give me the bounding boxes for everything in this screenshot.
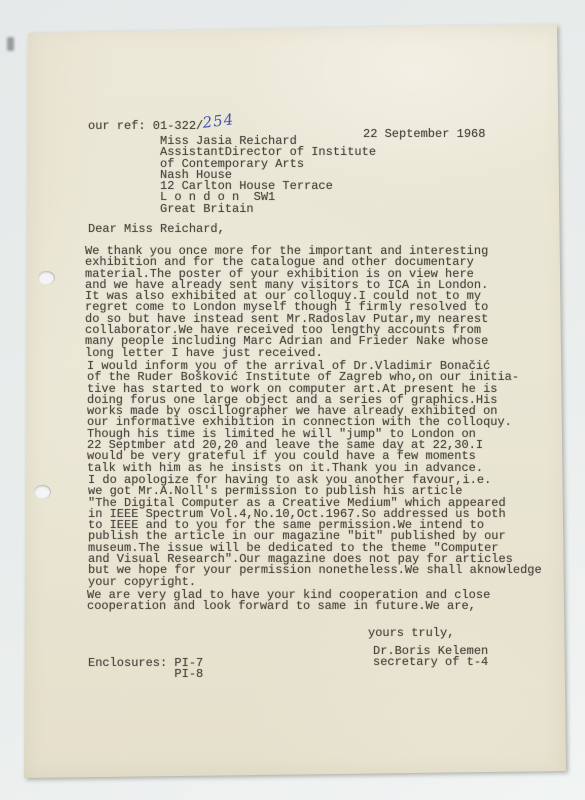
body-paragraph-4: We are very glad to have your kind coope… bbox=[87, 590, 490, 613]
recipient-address-block: Miss Jasia Reichard AssistantDirector of… bbox=[160, 136, 376, 215]
reference-label: our ref: 01-322/ bbox=[88, 119, 203, 133]
body-paragraph-2: I would inform you of the arrival of Dr.… bbox=[87, 361, 519, 474]
enclosures-note: Enclosures: PI-7 PI-8 bbox=[88, 658, 203, 681]
signature-title: secretary of t-4 bbox=[373, 655, 488, 669]
punch-hole-top bbox=[38, 271, 55, 285]
salutation: Dear Miss Reichard, bbox=[88, 224, 225, 235]
letter-paper-shadow: our ref: 01-322/254 22 September 1968 Mi… bbox=[24, 24, 566, 778]
letter-date: 22 September 1968 bbox=[363, 129, 485, 140]
body-paragraph-3: I do apologize for having to ask you ano… bbox=[88, 475, 542, 588]
letter-paper: our ref: 01-322/254 22 September 1968 Mi… bbox=[24, 24, 566, 778]
reference-line: our ref: 01-322/254 bbox=[88, 119, 235, 132]
scanned-letter-background: our ref: 01-322/254 22 September 1968 Mi… bbox=[0, 0, 585, 800]
punch-hole-bottom bbox=[34, 485, 51, 499]
reference-number-handwritten: 254 bbox=[202, 114, 235, 129]
closing-phrase: yours truly, bbox=[368, 628, 454, 639]
scan-artifact-mark bbox=[7, 37, 14, 51]
body-paragraph-1: We thank you once more for the important… bbox=[85, 246, 488, 359]
signature-block: Dr.Boris Kelemen secretary of t-4 bbox=[373, 646, 488, 669]
